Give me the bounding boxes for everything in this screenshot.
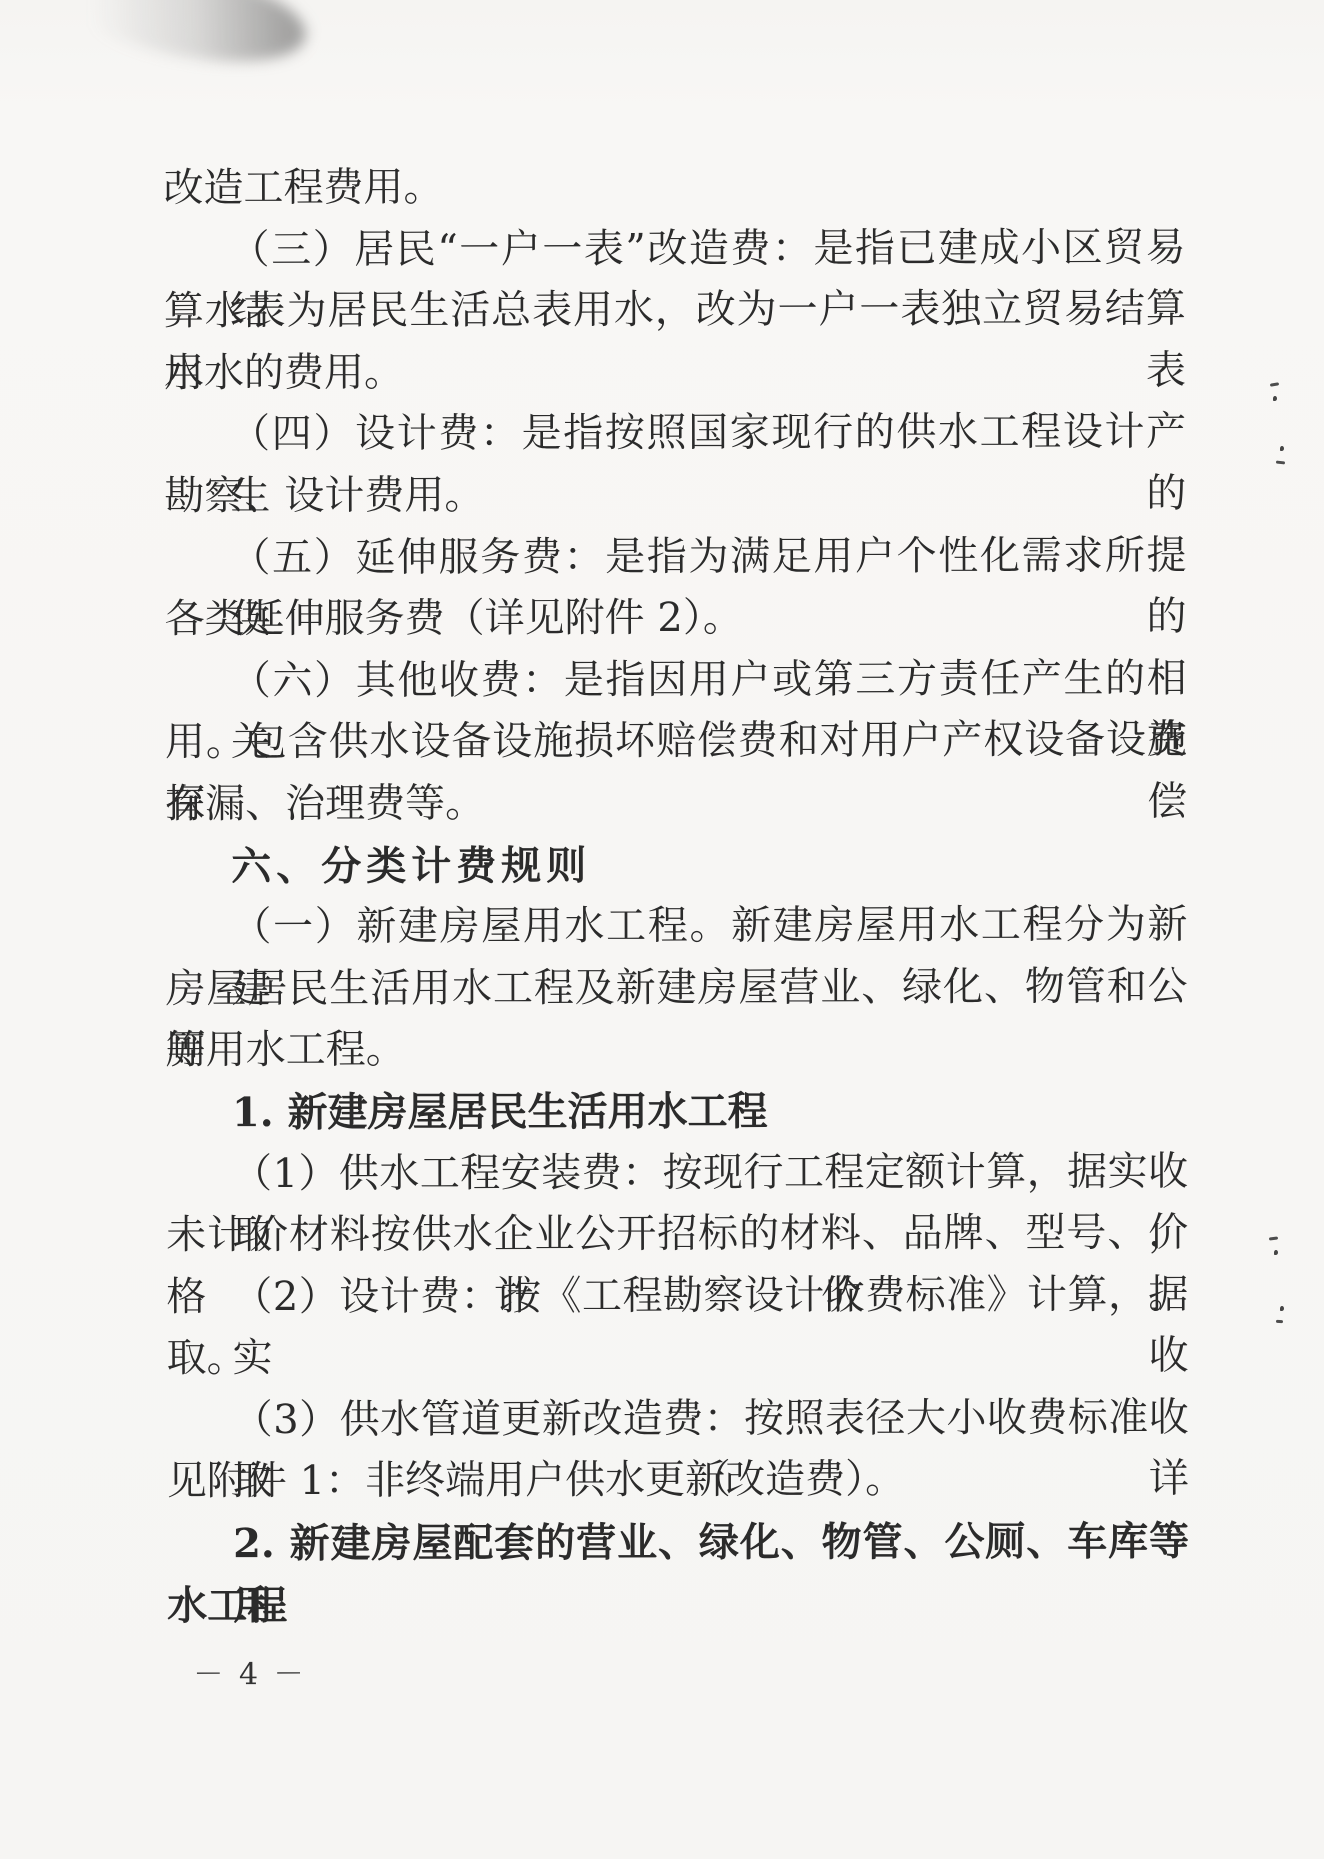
text-line: （三）居民“一户一表”改造费：是指已建成小区贸易结	[164, 217, 1186, 281]
text-line: 等用水工程。	[166, 1018, 1188, 1082]
text-line: （四）设计费：是指按照国家现行的供水工程设计产生的	[164, 402, 1186, 466]
text-line: 算水表为居民生活总表用水，改为一户一表独立贸易结算水表	[164, 279, 1186, 343]
scan-artifact	[1268, 383, 1282, 405]
text-line: 改造工程费用。	[163, 156, 1185, 220]
scanned-page: 改造工程费用。 （三）居民“一户一表”改造费：是指已建成小区贸易结 算水表为居民…	[0, 0, 1324, 1859]
scan-artifact	[1268, 1236, 1282, 1258]
text-line: 房屋居民生活用水工程及新建房屋营业、绿化、物管和公厕	[166, 956, 1188, 1020]
document-body: 改造工程费用。 （三）居民“一户一表”改造费：是指已建成小区贸易结 算水表为居民…	[0, 0, 1324, 1707]
subsection-heading: 1. 新建房屋居民生活用水工程	[166, 1080, 1188, 1144]
text-line: 未计价材料按供水企业公开招标的材料、品牌、型号、价格计价。	[166, 1203, 1188, 1267]
text-line: （六）其他收费：是指因用户或第三方责任产生的相关费	[165, 648, 1187, 712]
text-line: （2）设计费：按《工程勘察设计收费标准》计算，据实收	[166, 1264, 1188, 1328]
text-line: （五）延伸服务费：是指为满足用户个性化需求所提供的	[164, 525, 1186, 589]
text-line: 用。包含供水设备设施损坏赔偿费和对用户产权设备设施有偿	[165, 710, 1187, 774]
section-heading: 六、分类计费规则	[165, 833, 1187, 897]
subsection-heading: 水工程	[167, 1572, 1189, 1636]
subsection-heading: 2. 新建房屋配套的营业、绿化、物管、公厕、车库等用	[167, 1511, 1189, 1575]
text-line: （一）新建房屋用水工程。新建房屋用水工程分为新建	[165, 895, 1187, 959]
scan-artifact	[1274, 446, 1288, 468]
text-line: （1）供水工程安装费：按现行工程定额计算，据实收取，	[166, 1141, 1188, 1205]
text-line: （3）供水管道更新改造费：按照表径大小收费标准收取（详	[167, 1388, 1189, 1452]
page-number: － 4 －	[167, 1642, 1189, 1706]
scan-artifact	[1274, 1306, 1288, 1328]
